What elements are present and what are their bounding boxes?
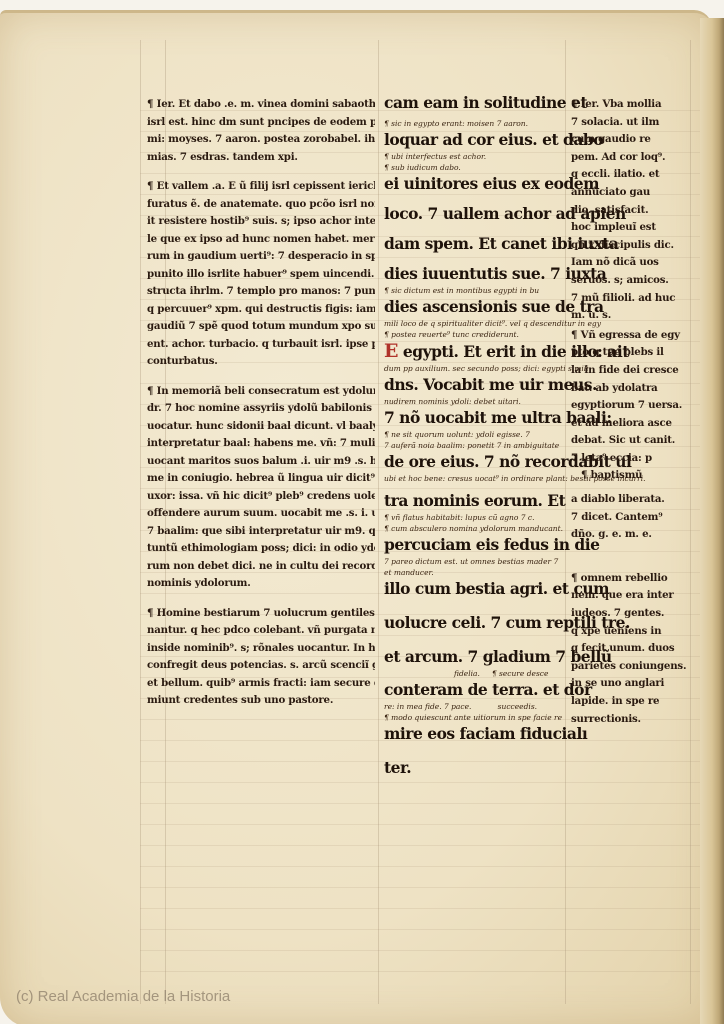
gloss-line: q eccli. ilatio. et (571, 166, 691, 184)
gloss-line: q xpe ueniens in (571, 623, 691, 641)
ruling-line (140, 803, 700, 804)
gloss-line: nominis ydolorum. (147, 575, 375, 593)
gloss-line: a diablo liberata. (571, 491, 691, 509)
gloss-line: conturbatus. (147, 353, 375, 371)
main-text-line: illo cum bestia agri. et cum (384, 578, 570, 600)
gloss-line: pto q tpe plebs il (571, 344, 691, 362)
gloss-line: hoc impleuĩ est (571, 219, 691, 237)
gloss-line: ¶ omnem rebellio (571, 570, 691, 588)
gloss-line: 7 solacia. ut ilm (571, 114, 691, 132)
ruling-line (140, 887, 700, 888)
gloss-line: dño. g. e. m. e. (571, 526, 691, 544)
ruling-line (140, 40, 141, 1004)
gloss-line: tuntũ ethimologiam poss; dici: in odio y… (147, 540, 375, 558)
gloss-line: interpretatur baal: habens me. vñ: 7 mul… (147, 435, 375, 453)
gloss-line: 7 baalim: que sibi interpretatur uir m9.… (147, 523, 375, 541)
main-text-line: ei uinitores eius ex eodem (384, 173, 570, 195)
gloss-line: debat. Sic ut canit. (571, 432, 691, 450)
interlinear-gloss: et manducer. (384, 567, 570, 578)
gloss-line: miunt credentes sub uno pastore. (147, 692, 375, 710)
copyright-watermark: (c) Real Academia de la Historia (16, 988, 230, 1005)
interlinear-gloss: ¶ sic dictum est in montibus egypti in b… (384, 285, 570, 296)
gloss-line: dio. satisfacit. (571, 202, 691, 220)
gloss-line: ¶ Ier. Vba mollia (571, 96, 691, 114)
gloss-column-left: ¶ Ier. Et dabo .e. m. vinea domini sabao… (147, 96, 375, 722)
interlinear-gloss: ¶ postea reuerte⁹ tunc crediderunt. (384, 329, 570, 340)
gloss-line: et ad meliora asce (571, 415, 691, 433)
main-text-line: mire eos faciam fiducialı (384, 723, 570, 745)
gloss-line: la in fide dei cresce (571, 362, 691, 380)
ruling-line (140, 824, 700, 825)
gloss-line: 7 dicet. Cantem⁹ (571, 509, 691, 527)
interlinear-gloss: ¶ ubi interfectus est achor. (384, 151, 570, 162)
interlinear-gloss: nudirem nominis ydoli: debet uitari. (384, 396, 570, 407)
ruling-line (140, 929, 700, 930)
interlinear-gloss: ¶ vñ flatus habitabit: lupus cũ agno 7 c… (384, 512, 570, 523)
gloss-paragraph: ¶ Vñ egressa de egy pto q tpe plebs il l… (571, 327, 691, 544)
gloss-line: mias. 7 esdras. tandem xpi. (147, 149, 375, 167)
gloss-line: 7 mũ filioli. ad huc (571, 290, 691, 308)
gloss-line: isrl est. hinc dm sunt pncipes de eodem … (147, 114, 375, 132)
main-text-line: dies iuuentutis sue. 7 iuxta (384, 263, 570, 285)
gloss-line: pem. Ad cor loq⁹. (571, 149, 691, 167)
interlinear-gloss: mili loco de q spiritualiter dicit⁹. vel… (384, 318, 570, 329)
ruling-line (140, 845, 700, 846)
interlinear-gloss: ¶ ne sit quorum uolunt: ydoli egisse. 7 (384, 429, 570, 440)
main-text-line: cam eam in solitudine et (384, 92, 570, 114)
ruling-line (140, 950, 700, 951)
interlinear-gloss: fidelia. ¶ secure desce (384, 668, 570, 679)
gloss-line: parietes coniungens. (571, 658, 691, 676)
gloss-column-right: ¶ Ier. Vba mollia 7 solacia. ut ilm cum … (571, 96, 691, 740)
main-text-line: percuciam eis fedus in die (384, 534, 570, 556)
gloss-line: ¶ In memoriã beli consecratum est ydolum… (147, 383, 375, 401)
interlinear-gloss: ubi et hoc bene: cresus uocat⁹ in ordina… (384, 473, 570, 484)
main-text-line: ter. (384, 757, 570, 779)
gloss-line: bat. ab ydolatra (571, 380, 691, 398)
gloss-line: confregit deus potencias. s. arcũ scenci… (147, 657, 375, 675)
gloss-line: inside nominib⁹. s; rõnales uocantur. In… (147, 640, 375, 658)
main-text-line: dam spem. Et canet ibi iuxta (384, 233, 570, 255)
gloss-line: iudeos. 7 gentes. (571, 605, 691, 623)
gloss-line: 7 leta⁹ eccia: p (571, 450, 691, 468)
gloss-line: uocant maritos suos balum .i. uir m9 .s.… (147, 453, 375, 471)
gloss-line: et bellum. quib⁹ armis fracti: iam secur… (147, 675, 375, 693)
main-text-line: conteram de terra. et dor (384, 679, 570, 701)
gloss-line: furatus ẽ. de anatemate. quo pcõo isrl n… (147, 196, 375, 214)
main-text-line: 7 nõ uocabit me ultra baali: (384, 407, 570, 429)
gloss-line: offendere aurum suum. uocabit me .s. i. … (147, 505, 375, 523)
gloss-paragraph: ¶ In memoriã beli consecratum est ydolum… (147, 383, 375, 593)
interlinear-gloss: ¶ sub iudicum dabo. (384, 162, 570, 173)
ruling-line (378, 40, 379, 1004)
gloss-line: m. u. s. (571, 307, 691, 325)
gloss-line: gaudiũ 7 spẽ quod totum mundum xpo subic… (147, 318, 375, 336)
gloss-line: it resistere hostib⁹ suis. s; ipso achor… (147, 213, 375, 231)
gloss-line: seruos. s; amicos. (571, 272, 691, 290)
main-text-line: de ore eius. 7 nõ recordabit ul (384, 451, 570, 473)
gloss-line: nantur. q hec pdco colebant. vñ purgata … (147, 622, 375, 640)
gloss-line: surrectionis. (571, 711, 691, 729)
interlinear-gloss: ¶ sic in egypto erant: moisen 7 aaron. (384, 118, 570, 129)
main-text-line: et arcum. 7 gladium 7 bellũ (384, 646, 570, 668)
gloss-line: ¶ baptismũ (571, 467, 691, 485)
gloss-line: me in coniugio. hebrea ũ lingua uir dici… (147, 470, 375, 488)
rubricated-initial: E (384, 340, 398, 362)
main-text-line: loquar ad cor eius. et dabo (384, 129, 570, 151)
gloss-paragraph: ¶ Et vallem .a. E ũ filij isrl cepissent… (147, 178, 375, 371)
gloss-line: dr. 7 hoc nomine assyriis ydolũ babiloni… (147, 400, 375, 418)
gloss-paragraph: ¶ Ier. Et dabo .e. m. vinea domini sabao… (147, 96, 375, 166)
interlinear-gloss: ¶ cum absculero nomina ydolorum manducan… (384, 523, 570, 534)
gloss-line: nem. que era inter (571, 587, 691, 605)
gloss-line: uxor: issa. vñ hic dicit⁹ pleb⁹ credens … (147, 488, 375, 506)
main-text-line: loco. 7 uallem achor ad apien (384, 203, 570, 225)
ruling-line (140, 866, 700, 867)
binding-edge (700, 18, 724, 1024)
gloss-line: q percuuer⁹ xpm. qui destructis figis: i… (147, 301, 375, 319)
gloss-paragraph: ¶ Homine bestiarum 7 uolucrum gentiles s… (147, 605, 375, 710)
gloss-line: annũciato gau (571, 184, 691, 202)
main-text-line: uolucre celi. 7 cum reptili tre. (384, 612, 570, 634)
interlinear-gloss: ¶ modo quiescunt ante uitiorum in spe fa… (384, 712, 570, 723)
gloss-line: le que ex ipso ad hunc nomen habet. mero… (147, 231, 375, 249)
gloss-line: punito illo isrlite habuer⁹ spem uincend… (147, 266, 375, 284)
gloss-line: ¶ Homine bestiarum 7 uolucrum gentiles s… (147, 605, 375, 623)
ruling-line (140, 908, 700, 909)
interlinear-gloss: 7 auferã noia baalim: ponetit 7 in ambig… (384, 440, 570, 451)
gloss-line: ent. achor. turbacio. q turbauit isrl. i… (147, 336, 375, 354)
gloss-line: lapide. in spe re (571, 693, 691, 711)
main-text-line: tra nominis eorum. Et (384, 490, 570, 512)
main-text-column: cam eam in solitudine et ¶ sic in egypto… (384, 92, 570, 779)
gloss-line: structa ihrlm. 7 templo pro manos: 7 pun… (147, 283, 375, 301)
main-text-line: dies ascensionis sue de tra (384, 296, 570, 318)
gloss-line: ¶ Vñ egressa de egy (571, 327, 691, 345)
gloss-line: rum non debet dici. ne in cultu dei reco… (147, 558, 375, 576)
gloss-line: mi: moyses. 7 aaron. postea zorobabel. i… (147, 131, 375, 149)
interlinear-gloss: 7 pareo dictum est. ut omnes bestias mad… (384, 556, 570, 567)
gloss-line: in se uno anglari (571, 675, 691, 693)
main-text-line: dns. Vocabit me uir meus. (384, 374, 570, 396)
ruling-line (140, 782, 700, 783)
interlinear-gloss: dum pp auxilium. sec secundo poss; dici:… (384, 363, 570, 374)
gloss-line: cum gaudio re (571, 131, 691, 149)
gloss-line: rum in gaudium uerti⁹: 7 desperacio in s… (147, 248, 375, 266)
gloss-line: ¶ Et vallem .a. E ũ filij isrl cepissent… (147, 178, 375, 196)
gloss-line: q fecit unum. duos (571, 640, 691, 658)
ruling-line (140, 971, 700, 972)
gloss-paragraph: ¶ omnem rebellio nem. que era inter iude… (571, 570, 691, 728)
gloss-line: Iam nõ dicã uos (571, 254, 691, 272)
gloss-paragraph: ¶ Ier. Vba mollia 7 solacia. ut ilm cum … (571, 96, 691, 325)
gloss-line: ¶ Ier. Et dabo .e. m. vinea domini sabao… (147, 96, 375, 114)
gloss-line: egyptiorum 7 uersa. (571, 397, 691, 415)
interlinear-gloss: re: in mea fide. 7 pace. succeedis. (384, 701, 570, 712)
gloss-line: qñ x discipulis dic. (571, 237, 691, 255)
gloss-line: uocatur. hunc sidonii baal dicunt. vl ba… (147, 418, 375, 436)
main-text-line: E egypti. Et erit in die illo: ait (384, 340, 570, 363)
